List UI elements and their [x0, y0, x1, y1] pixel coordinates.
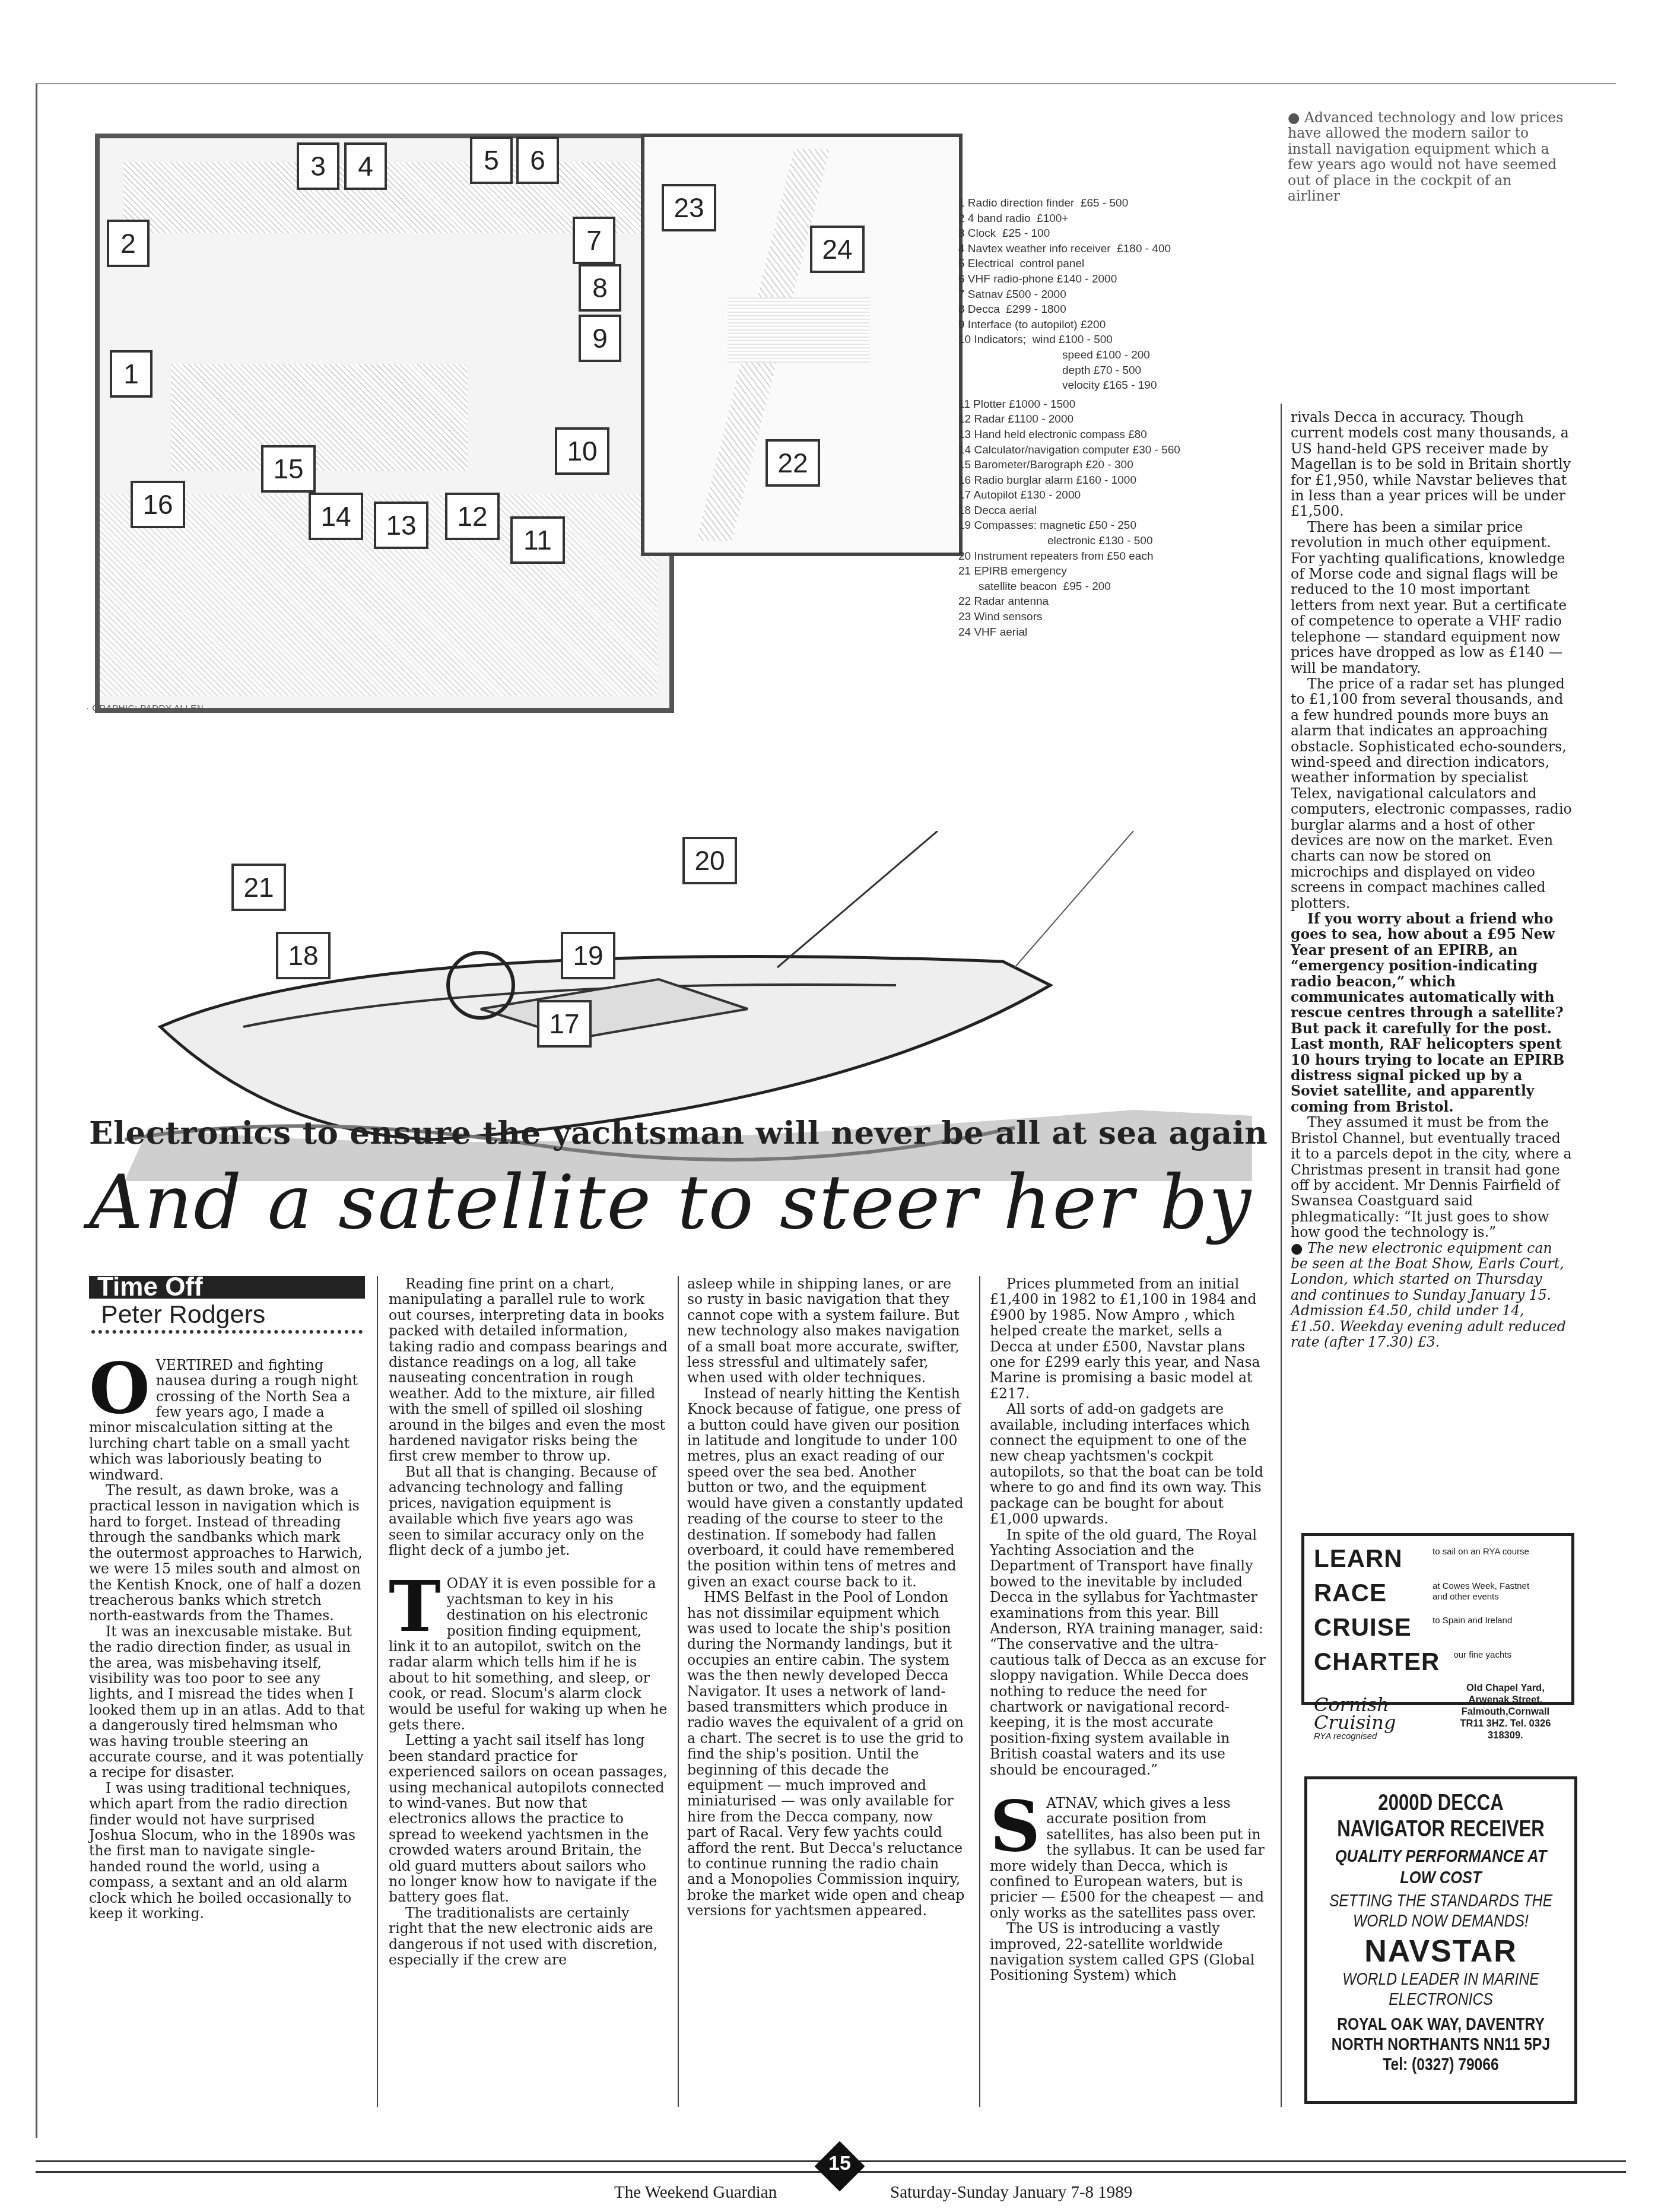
callout-label: 20	[694, 845, 725, 877]
paragraph: OVERTIRED and fighting nausea during a r…	[89, 1357, 365, 1483]
paragraph: Instead of nearly hitting the Kentish Kn…	[687, 1386, 966, 1589]
legend-row: speed £100 - 200	[958, 348, 1267, 363]
legend-row: 20 Instrument repeaters from £50 each	[958, 549, 1267, 564]
legend-row: 22 Radar antenna	[958, 594, 1267, 610]
callout-label: 1	[123, 358, 139, 390]
publication-name: The Weekend Guardian	[614, 2183, 777, 2203]
callout-label: 3	[310, 150, 326, 182]
paragraph: It was an inexcusable mistake. But the r…	[89, 1624, 365, 1781]
callout-24: 24	[810, 226, 865, 273]
callout-19: 19	[561, 932, 615, 979]
callout-21: 21	[231, 864, 286, 911]
callout-14: 14	[309, 493, 363, 540]
callout-label: 17	[549, 1008, 579, 1040]
article-column-3: asleep while in shipping lanes, or are s…	[687, 1276, 966, 1919]
callout-label: 5	[484, 144, 499, 176]
equipment-price-legend: 1 Radio direction finder £65 - 500 2 4 b…	[958, 196, 1267, 640]
drop-cap: O	[89, 1360, 150, 1417]
paragraph: rivals Decca in accuracy. Though current…	[1291, 410, 1573, 519]
paragraph: Prices plummeted from an initial £1,400 …	[990, 1276, 1269, 1401]
callout-17: 17	[537, 1000, 592, 1048]
radar-dome	[728, 297, 870, 363]
paragraph: Reading fine print on a chart, manipulat…	[389, 1276, 668, 1464]
cornish-cruising-logo: Cornish Cruising	[1314, 1696, 1449, 1731]
article-column-1: Time Off Peter Rodgers OVERTIRED and fig…	[89, 1276, 365, 1921]
legend-row: 1 Radio direction finder £65 - 500	[958, 196, 1267, 211]
legend-row: 8 Decca £299 - 1800	[958, 302, 1267, 318]
ad-heading: RACE	[1314, 1579, 1433, 1607]
callout-label: 2	[120, 227, 136, 259]
callout-label: 9	[592, 322, 608, 354]
callout-22: 22	[766, 439, 820, 487]
column-rule	[979, 1276, 980, 2107]
ad-subtext: to Spain and Ireland	[1433, 1613, 1545, 1626]
ad-subtext: our fine yachts	[1453, 1648, 1562, 1661]
legend-row: 3 Clock £25 - 100	[958, 226, 1267, 242]
callout-5: 5	[470, 137, 513, 184]
legend-row: 10 Indicators; wind £100 - 500	[958, 332, 1267, 348]
callout-2: 2	[107, 220, 150, 267]
callout-label: 8	[592, 272, 608, 304]
byline: Peter Rodgers	[101, 1307, 365, 1322]
legend-row: velocity £165 - 190	[958, 378, 1267, 393]
callout-16: 16	[131, 481, 185, 528]
callout-15: 15	[261, 445, 316, 493]
legend-row: depth £70 - 500	[958, 363, 1267, 379]
callout-label: 18	[288, 940, 318, 972]
ad-subtext: at Cowes Week, Fastnet and other events	[1433, 1579, 1545, 1602]
callout-20: 20	[682, 837, 737, 884]
callout-label: 15	[273, 453, 303, 485]
callout-10: 10	[555, 427, 609, 475]
callout-3: 3	[297, 142, 339, 190]
ad-logo-block: Cornish Cruising RYA recognised	[1314, 1696, 1449, 1741]
legend-row: 18 Decca aerial	[958, 503, 1267, 519]
ad-address: ROYAL OAK WAY, DAVENTRY NORTH NORTHANTS …	[1327, 2014, 1555, 2055]
callout-label: 7	[586, 224, 602, 256]
callout-label: 16	[142, 488, 173, 521]
ad-heading: CRUISE	[1314, 1613, 1433, 1642]
legend-row: 24 VHF aerial	[958, 625, 1267, 640]
illustration-caption: ● Advanced technology and low prices hav…	[1288, 110, 1567, 204]
legend-row: 17 Autopilot £130 - 2000	[958, 488, 1267, 503]
cornish-cruising-ad: LEARNto sail on an RYA course RACEat Cow…	[1301, 1533, 1574, 1705]
paragraph: All sorts of add-on gadgets are availabl…	[990, 1401, 1269, 1526]
callout-label: 19	[573, 940, 603, 972]
ad-subslogan: WORLD LEADER IN MARINE ELECTRONICS	[1327, 1969, 1555, 2010]
ad-slogan: SETTING THE STANDARDS THE WORLD NOW DEMA…	[1327, 1891, 1555, 1931]
article-kicker: Electronics to ensure the yachtsman will…	[89, 1115, 1268, 1151]
article-column-5: rivals Decca in accuracy. Though current…	[1291, 410, 1573, 1350]
paragraph: In spite of the old guard, The Royal Yac…	[990, 1527, 1269, 1778]
paragraph: SATNAV, which gives a less accurate posi…	[990, 1795, 1269, 1921]
navstar-decca-ad: 2000D DECCA NAVIGATOR RECEIVER QUALITY P…	[1304, 1776, 1577, 2104]
ad-heading: CHARTER	[1314, 1648, 1453, 1676]
legend-row: 5 Electrical control panel	[958, 256, 1267, 272]
callout-label: 11	[523, 524, 552, 556]
navstar-brand: NAVSTAR	[1307, 1934, 1574, 1969]
paragraph: There has been a similar price revolutio…	[1291, 519, 1573, 676]
paragraph: The price of a radar set has plunged to …	[1291, 676, 1573, 911]
article-headline: And a satellite to steer her by	[89, 1159, 1252, 1246]
paragraph: HMS Belfast in the Pool of London has no…	[687, 1589, 966, 1919]
paragraph: The US is introducing a vastly improved,…	[990, 1921, 1269, 1983]
legend-row: 6 VHF radio-phone £140 - 2000	[958, 272, 1267, 287]
callout-18: 18	[276, 932, 331, 979]
drop-cap: S	[990, 1798, 1040, 1855]
ad-subtext: to sail on an RYA course	[1433, 1544, 1545, 1557]
callout-label: 23	[674, 192, 704, 224]
article-column-2: Reading fine print on a chart, manipulat…	[389, 1276, 668, 1967]
callout-label: 14	[320, 500, 351, 532]
legend-row: 7 Satnav £500 - 2000	[958, 287, 1267, 303]
callout-12: 12	[445, 493, 500, 540]
callout-6: 6	[516, 137, 559, 184]
legend-row: 4 Navtex weather info receiver £180 - 40…	[958, 242, 1267, 257]
column-rule	[377, 1276, 378, 2107]
paragraph: If you worry about a friend who goes to …	[1291, 911, 1573, 1115]
ad-heading: LEARN	[1314, 1544, 1433, 1573]
chart-table-hatching	[171, 364, 468, 471]
column-rule	[1281, 404, 1282, 2107]
yacht-electronics-illustration: 3 4 5 6 2 7 8 9 1 10 15 16 14 13 12 11 2…	[65, 107, 1258, 1074]
legend-row: 9 Interface (to autopilot) £200	[958, 318, 1267, 333]
callout-11: 11	[510, 516, 565, 564]
paragraph: The result, as dawn broke, was a practic…	[89, 1483, 365, 1624]
paragraph: They assumed it must be from the Bristol…	[1291, 1115, 1573, 1240]
ad-address: Old Chapel Yard, Arwenak Street, Falmout…	[1449, 1682, 1562, 1741]
callout-8: 8	[579, 264, 621, 312]
callout-label: 22	[777, 447, 808, 479]
legend-row: 12 Radar £1100 - 2000	[958, 412, 1267, 427]
graphic-credit: · GRAPHIC: PADDY ALLEN	[86, 703, 204, 713]
callout-label: 21	[243, 871, 274, 903]
legend-row: electronic £130 - 500	[958, 534, 1267, 549]
legend-row: satellite beacon £95 - 200	[958, 579, 1267, 595]
page-footer: 15 The Weekend Guardian Saturday-Sunday …	[36, 2148, 1626, 2196]
drop-cap: T	[389, 1578, 441, 1635]
ad-tagline: QUALITY PERFORMANCE AT LOW COST	[1327, 1846, 1555, 1889]
section-label: Time Off	[89, 1276, 365, 1299]
legend-row: 23 Wind sensors	[958, 610, 1267, 625]
ad-row: RACEat Cowes Week, Fastnet and other eve…	[1314, 1579, 1562, 1607]
callout-label: 6	[530, 144, 545, 176]
paragraph: I was using traditional techniques, whic…	[89, 1781, 365, 1922]
paragraph: But all that is changing. Because of adv…	[389, 1464, 668, 1558]
callout-7: 7	[573, 217, 615, 264]
legend-row: 19 Compasses: magnetic £50 - 250	[958, 518, 1267, 534]
legend-row: 14 Calculator/navigation computer £30 - …	[958, 443, 1267, 458]
callout-4: 4	[344, 142, 387, 190]
callout-label: 13	[386, 509, 416, 541]
paragraph: The traditionalists are certainly right …	[389, 1905, 668, 1968]
legend-row: 13 Hand held electronic compass £80	[958, 427, 1267, 443]
callout-13: 13	[374, 502, 428, 549]
callout-23: 23	[662, 184, 716, 231]
legend-row: 16 Radio burglar alarm £160 - 1000	[958, 473, 1267, 488]
callout-label: 10	[567, 435, 597, 467]
callout-label: 4	[358, 150, 373, 182]
ad-row: CRUISEto Spain and Ireland	[1314, 1613, 1562, 1642]
legend-row: 2 4 band radio £100+	[958, 211, 1267, 227]
boat-show-note: ● The new electronic equipment can be se…	[1291, 1240, 1573, 1350]
ad-product: 2000D DECCA NAVIGATOR RECEIVER	[1332, 1790, 1551, 1842]
ad-footer: Cornish Cruising RYA recognised Old Chap…	[1314, 1682, 1562, 1741]
callout-1: 1	[110, 350, 153, 398]
page-number: 15	[822, 2152, 857, 2175]
issue-date: Saturday-Sunday January 7-8 1989	[890, 2183, 1132, 2203]
paragraph: Letting a yacht sail itself has long bee…	[389, 1732, 668, 1905]
legend-row: 15 Barometer/Barograph £20 - 300	[958, 458, 1267, 473]
ad-row: CHARTERour fine yachts	[1314, 1648, 1562, 1676]
paragraph: TODAY it is even possible for a yachtsma…	[389, 1576, 668, 1732]
article-column-4: Prices plummeted from an initial £1,400 …	[990, 1276, 1269, 1983]
callout-label: 12	[457, 500, 487, 532]
legend-row: 11 Plotter £1000 - 1500	[958, 397, 1267, 412]
ad-row: LEARNto sail on an RYA course	[1314, 1544, 1562, 1573]
legend-row: 21 EPIRB emergency	[958, 564, 1267, 579]
callout-9: 9	[579, 315, 621, 362]
ad-telephone: Tel: (0327) 79066	[1327, 2055, 1555, 2075]
paragraph: asleep while in shipping lanes, or are s…	[687, 1276, 966, 1386]
callout-label: 24	[822, 233, 852, 265]
column-rule	[678, 1276, 679, 2107]
